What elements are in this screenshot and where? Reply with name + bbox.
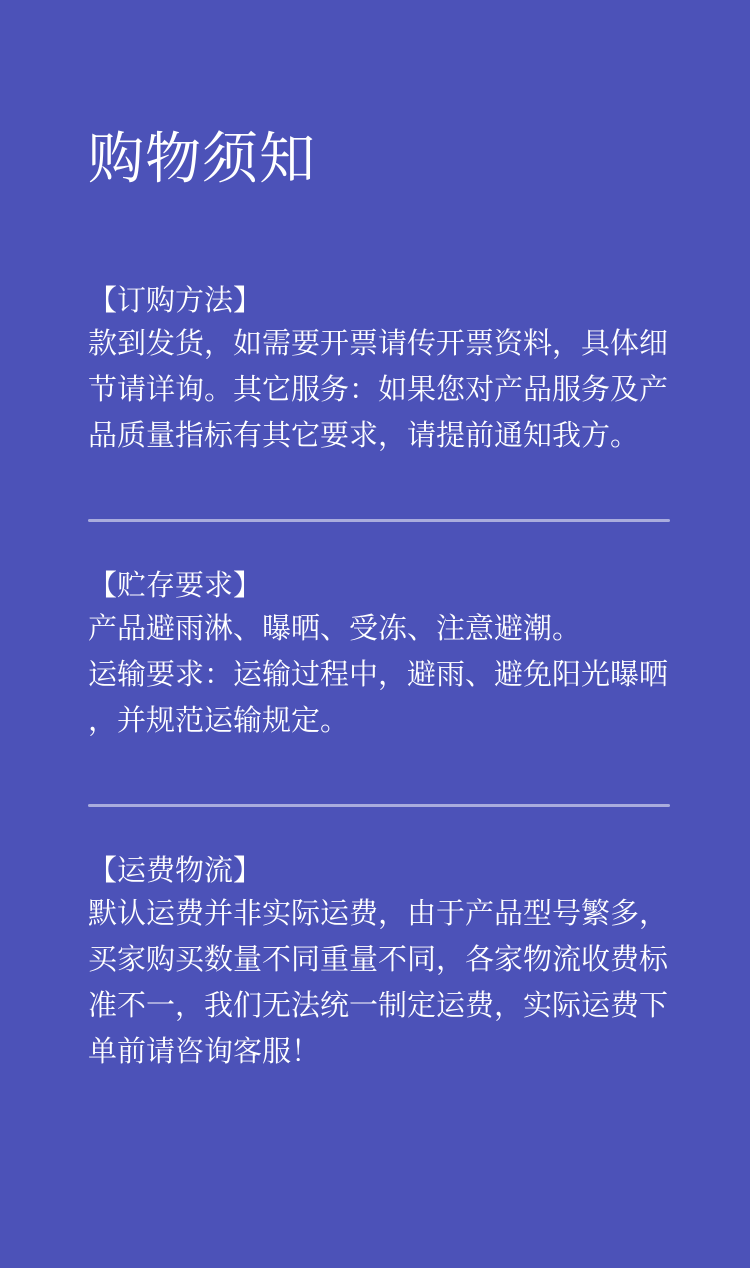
body-line: 品质量指标有其它要求，请提前通知我方。 — [88, 413, 670, 459]
body-line: ，并规范运输规定。 — [88, 698, 670, 744]
body-line: 准不一，我们无法统一制定运费，实际运费下 — [88, 983, 670, 1029]
section-storage-heading: 【贮存要求】 — [88, 566, 670, 606]
page-title: 购物须知 — [88, 130, 670, 188]
section-divider — [88, 519, 670, 522]
body-line: 单前请咨询客服！ — [88, 1029, 670, 1075]
section-ordering-heading: 【订购方法】 — [88, 281, 670, 321]
body-line: 买家购买数量不同重量不同，各家物流收费标 — [88, 937, 670, 983]
body-line: 默认运费并非实际运费，由于产品型号繁多， — [88, 891, 670, 937]
section-ordering-body: 款到发货，如需要开票请传开票资料，具体细 节请详询。其它服务：如果您对产品服务及… — [88, 321, 670, 459]
section-shipping-heading: 【运费物流】 — [88, 851, 670, 891]
shopping-notice-page: 购物须知 【订购方法】 款到发货，如需要开票请传开票资料，具体细 节请详询。其它… — [0, 0, 750, 1268]
section-shipping-body: 默认运费并非实际运费，由于产品型号繁多， 买家购买数量不同重量不同，各家物流收费… — [88, 891, 670, 1075]
section-shipping-logistics: 【运费物流】 默认运费并非实际运费，由于产品型号繁多， 买家购买数量不同重量不同… — [88, 851, 670, 1075]
section-ordering-method: 【订购方法】 款到发货，如需要开票请传开票资料，具体细 节请详询。其它服务：如果… — [88, 281, 670, 459]
section-storage-body: 产品避雨淋、曝晒、受冻、注意避潮。 运输要求：运输过程中，避雨、避免阳光曝晒 ，… — [88, 606, 670, 744]
section-storage-requirements: 【贮存要求】 产品避雨淋、曝晒、受冻、注意避潮。 运输要求：运输过程中，避雨、避… — [88, 566, 670, 744]
section-divider — [88, 804, 670, 807]
body-line: 款到发货，如需要开票请传开票资料，具体细 — [88, 321, 670, 367]
body-line: 运输要求：运输过程中，避雨、避免阳光曝晒 — [88, 652, 670, 698]
body-line: 节请详询。其它服务：如果您对产品服务及产 — [88, 367, 670, 413]
body-line: 产品避雨淋、曝晒、受冻、注意避潮。 — [88, 606, 670, 652]
